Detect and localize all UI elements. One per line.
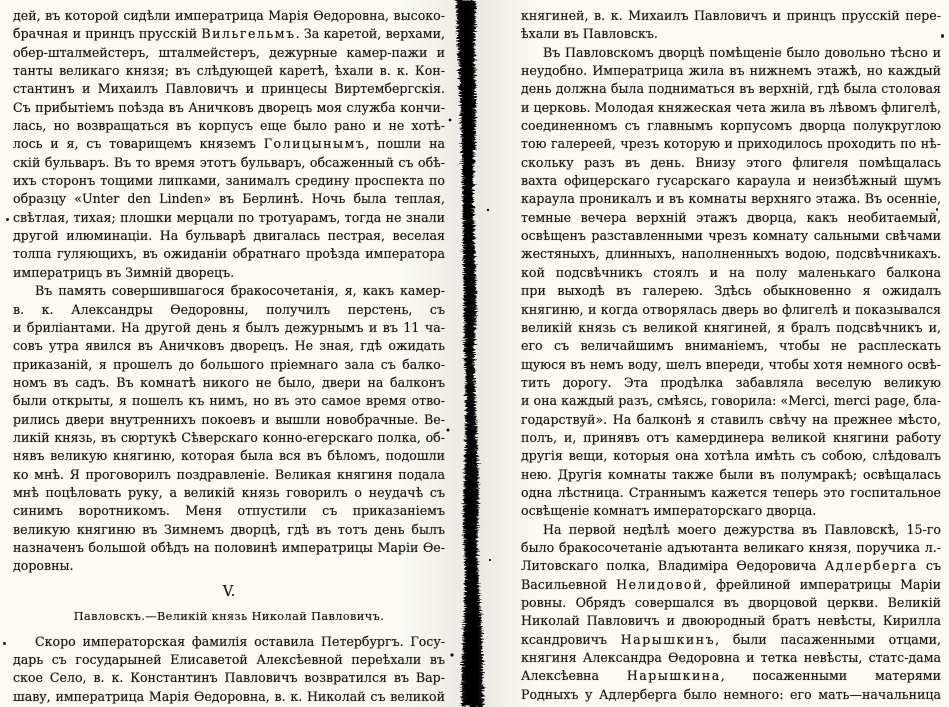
text-line: толпа гуляющихъ, въ ожиданіи обратнаго п… <box>13 245 445 263</box>
text-line: одна лѣстница. Страннымъ кажется теперь … <box>521 484 941 502</box>
text-line: и церковь. Молодая княжеская чета жила в… <box>521 99 941 117</box>
text-line: Съ прибытіемъ поѣзда въ Аничковъ дворецъ… <box>13 99 445 117</box>
text-line: караула проникалъ и въ комнаты верхняго … <box>521 190 941 208</box>
text-line: щуюся въ немъ воду, шелъ впереди, чтобы … <box>521 356 941 374</box>
right-page: княгиней, в. к. Михаилъ Павловичъ и прин… <box>521 7 941 704</box>
letterspaced-name: Вильгельмъ <box>201 26 295 41</box>
letterspaced-name: Нелидовой <box>616 577 703 592</box>
text-line: годарствуй». На балконѣ я ставилъ свѣчу … <box>521 411 941 429</box>
text-line: нею. Другія комнаты также были въ полумр… <box>521 466 941 484</box>
text-line: свѣтлая, тихая; плошки мерцали по тротуа… <box>13 209 445 227</box>
left-page: дей, въ которой сидѣли императрица Марія… <box>13 7 445 706</box>
chapter-title: Павловскъ.—Великій князь Николай Павлови… <box>13 609 445 625</box>
text-line: освѣщенъ разставленными чрезъ комнату са… <box>521 227 941 245</box>
text-line: дарь съ государыней Елисаветой Алексѣевн… <box>13 651 445 669</box>
text-line: брачная и принцъ прусскій Вильгельмъ. За… <box>13 25 445 43</box>
text-line: ксандровичъ Нарышкинъ, были пасаженными … <box>521 631 941 649</box>
text-line: и бриліантами. На другой день я былъ деж… <box>13 319 445 337</box>
text-line: ликій князь, въ сюртукѣ Сѣверскаго конно… <box>13 429 445 447</box>
left-page-text-top: дей, въ которой сидѣли императрица Марія… <box>13 7 445 576</box>
text-line: были открыты, я пошелъ къ нимъ, но въ эт… <box>13 392 445 410</box>
text-line: день должна была подниматься въ верхній,… <box>521 80 941 98</box>
text-line: танты великаго князя; въ слѣдующей карет… <box>13 62 445 80</box>
text-line: Скоро императорская фамилія оставила Пет… <box>13 633 445 651</box>
text-line: обер-шталмейстеръ, шталмейстеръ, дежурны… <box>13 44 445 62</box>
chapter-number: V. <box>13 582 445 602</box>
text-line: было бракосочетаніе адъютанта великаго к… <box>521 539 941 557</box>
text-line: Родныхъ у Адлерберга было немного: его м… <box>521 686 941 704</box>
scan-speckle <box>936 208 938 211</box>
text-line: образцу «Unter den Linden» въ Берлинѣ. Н… <box>13 190 445 208</box>
text-line: приказаній, я прошелъ до большого пріемн… <box>13 356 445 374</box>
text-line: ко мнѣ. Я проговорилъ поздравленіе. Вели… <box>13 466 445 484</box>
text-line: нявъ великую княгиню, которая была вся в… <box>13 447 445 465</box>
text-line: Въ память совершившагося бракосочетанія,… <box>13 282 445 300</box>
scan-speckle <box>941 34 944 38</box>
text-line: вахта офицерскаго гусарскаго караула и н… <box>521 172 941 190</box>
text-line: скольку разъ въ день. Внизу этого флигел… <box>521 154 941 172</box>
text-line: соединенномъ съ главнымъ корпусомъ дворц… <box>521 117 941 135</box>
scan-speckle <box>3 642 6 645</box>
text-line: тою галереей, чрезъ которую и приходилос… <box>521 135 941 153</box>
text-line: синимъ воротникомъ. Меня отпустили съ пр… <box>13 502 445 520</box>
text-line: ѣхали въ Павловскъ. <box>521 25 941 43</box>
text-line: при выходѣ въ галерею. Здѣсь обыкновенно… <box>521 282 941 300</box>
text-line: Въ Павловскомъ дворцѣ помѣщеніе было дов… <box>521 44 941 62</box>
text-line: другія вещи, которыя она хотѣла имѣть съ… <box>521 447 941 465</box>
text-line: его съ величайшимъ вниманіемъ, чтобы не … <box>521 337 941 355</box>
text-line: княгиня Александра Ѳедоровна и тетка нев… <box>521 649 941 667</box>
text-line: стантинъ и Михаилъ Павловичъ и принцесы … <box>13 80 445 98</box>
text-line: мнѣ поцѣловать руку, а великій князь гов… <box>13 484 445 502</box>
text-line: княгиней, в. к. Михаилъ Павловичъ и прин… <box>521 7 941 25</box>
text-line: ское Село, в. к. Константинъ Павловичъ в… <box>13 669 445 687</box>
text-line: Литовскаго полка, Владиміра Ѳедоровича А… <box>521 557 941 575</box>
text-line: великій князь съ великой княгиней, я бра… <box>521 319 941 337</box>
text-line: великую княгиню въ Зимнемъ дворцѣ, гдѣ в… <box>13 521 445 539</box>
text-line: ихъ сторонъ тощими липками, занималъ сре… <box>13 172 445 190</box>
text-line: совъ утра явился въ Аничковъ дворецъ. Не… <box>13 337 445 355</box>
text-line: княгиню, и когда отворялась дверь во фли… <box>521 301 941 319</box>
text-line: Алексѣевна Нарышкина, посаженными матеря… <box>521 667 941 685</box>
left-page-text-bottom: Скоро императорская фамилія оставила Пет… <box>13 633 445 706</box>
right-page-text: княгиней, в. к. Михаилъ Павловичъ и прин… <box>521 7 941 704</box>
text-line: скій бульваръ. Въ то время этотъ бульвар… <box>13 154 445 172</box>
text-line: императрицъ въ Зимній дворецъ. <box>13 264 445 282</box>
text-line: назначенъ большой обѣдъ на половинѣ импе… <box>13 539 445 557</box>
text-line: и она каждый разъ, смѣясь, говорила: «Me… <box>521 392 941 410</box>
scan-speckle <box>6 218 9 221</box>
text-line: номъ въ садъ. Въ комнатѣ никого не было,… <box>13 374 445 392</box>
letterspaced-name: Нарышкина <box>627 668 721 683</box>
text-line: кой подсвѣчникъ стоялъ и на полу маленьк… <box>521 264 941 282</box>
book-scan-spread: дей, въ которой сидѣли императрица Марія… <box>0 0 949 707</box>
text-line: Николай Павловичъ и двоюродный братъ нев… <box>521 612 941 630</box>
text-line: неудобно. Императрица жила въ нижнемъ эт… <box>521 62 941 80</box>
text-line: освѣщеніе комнатъ императорскаго дворца. <box>521 502 941 520</box>
letterspaced-name: Нарышкинъ <box>621 632 715 647</box>
text-line: доровны. <box>13 557 445 575</box>
text-line: шаву, императрица Марія Ѳедоровна, в. к.… <box>13 688 445 706</box>
letterspaced-name: Адлерберга <box>825 558 918 573</box>
text-line: тить дорогу. Эта продѣлка забавляла весе… <box>521 374 941 392</box>
text-line: жестяныхъ, длинныхъ, наполненныхъ водою,… <box>521 245 941 263</box>
book-gutter-shadow <box>438 0 502 707</box>
text-line: Васильевной Нелидовой, фрейлиной императ… <box>521 576 941 594</box>
text-line: другой илюминаціи. На бульварѣ двигалась… <box>13 227 445 245</box>
letterspaced-name: Голицынымъ <box>264 136 366 151</box>
text-line: лось и я, съ товарищемъ княземъ Голицыны… <box>13 135 445 153</box>
text-line: На первой недѣлѣ моего дежурства въ Павл… <box>521 521 941 539</box>
text-line: дей, въ которой сидѣли императрица Марія… <box>13 7 445 25</box>
text-line: в. к. Александры Ѳедоровны, получилъ пер… <box>13 301 445 319</box>
text-line: темные вечера верхній этажъ дворца, какъ… <box>521 209 941 227</box>
text-line: полъ, и, принявъ отъ камердинера великой… <box>521 429 941 447</box>
text-line: лась, но возвращаться въ корпусъ еще был… <box>13 117 445 135</box>
text-line: ровны. Обрядъ совершался въ дворцовой це… <box>521 594 941 612</box>
text-line: рились двери внутреннихъ покоевъ и вышли… <box>13 411 445 429</box>
